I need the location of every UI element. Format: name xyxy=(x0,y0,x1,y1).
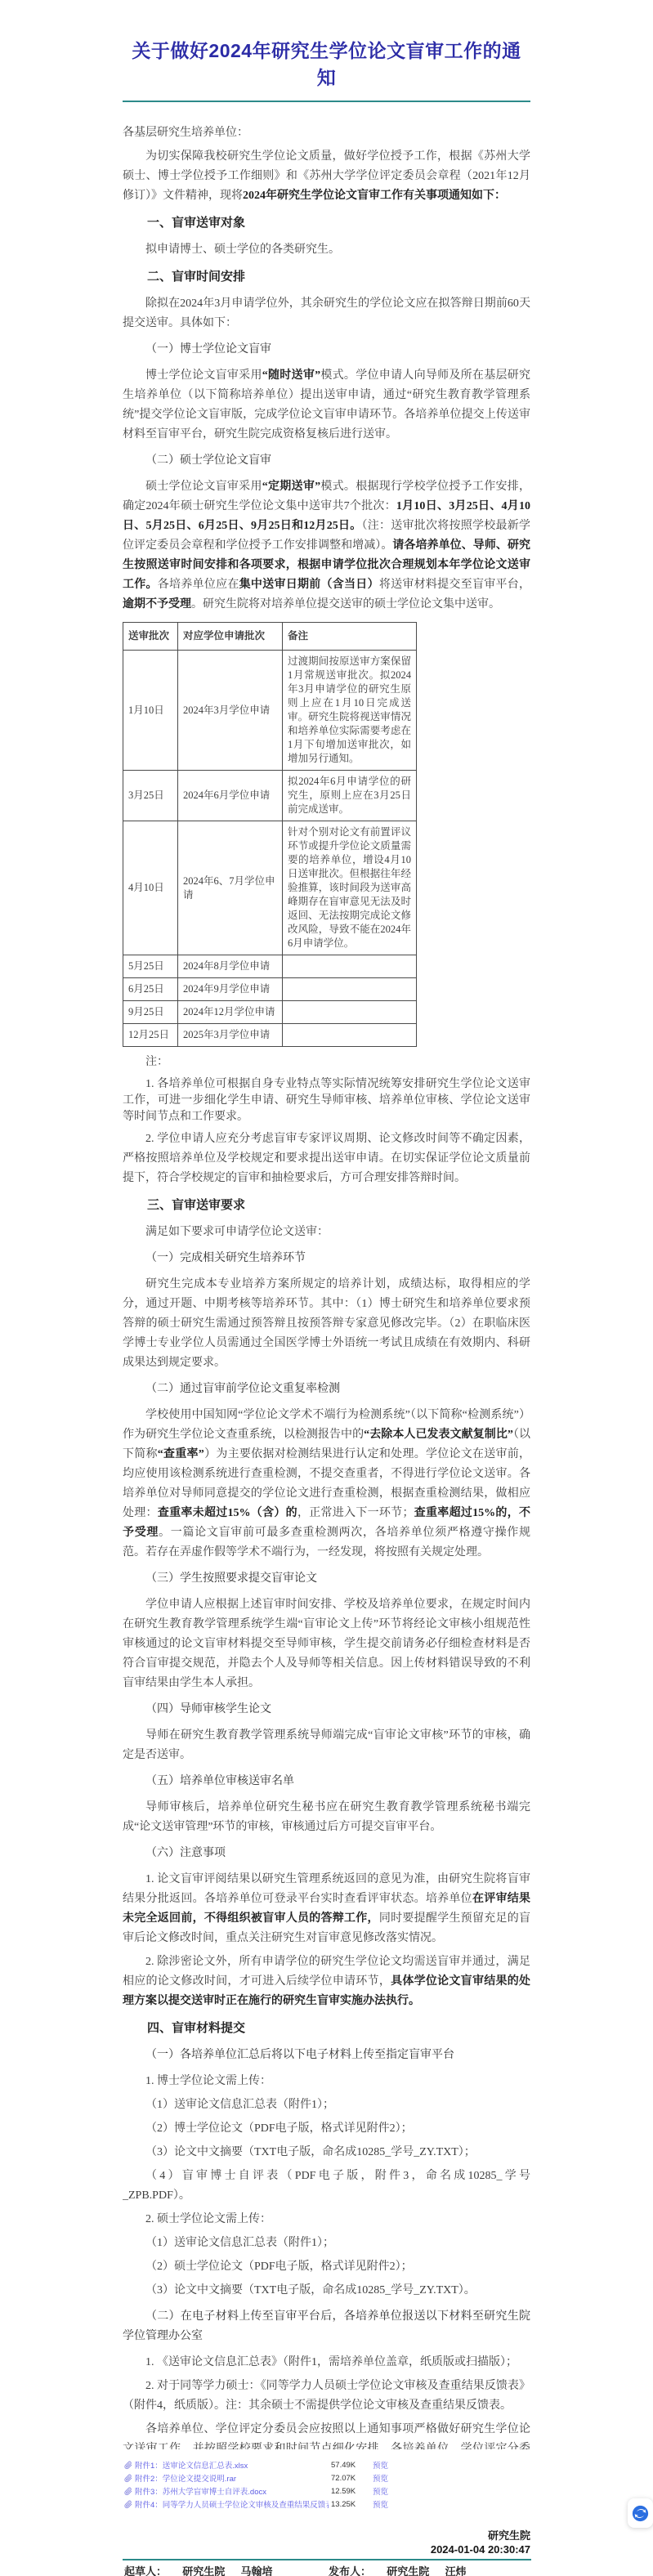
section-heading: 一、盲审送审对象 xyxy=(123,213,530,233)
publisher-name: 汪炜 xyxy=(445,2565,467,2576)
signoff: 研究生院 2024-01-04 20:30:47 xyxy=(431,2529,530,2556)
table-row: 12月25日2025年3月学位申请 xyxy=(123,1024,417,1047)
text-run: （三）学生按照要求提交盲审论文 xyxy=(145,1572,317,1585)
paragraph: 研究生完成本专业培养方案所规定的培养计划，成绩达标，取得相应的学分，通过开题、中… xyxy=(123,1275,530,1373)
page-title: 关于做好2024年研究生学位论文盲审工作的通知 xyxy=(123,0,530,90)
subsection-heading: （四）导师审核学生论文 xyxy=(123,1700,530,1720)
table-row: 4月10日2024年6、7月学位申请针对个别对论文有前置评议环节或提升学位论文质… xyxy=(123,821,417,955)
paragraph: 2. 除涉密论文外，所有申请学位的研究生学位论文均需送盲审并通过，满足相应的论文… xyxy=(123,1952,530,2011)
emphasized-text: “查重率” xyxy=(158,1448,204,1460)
footer-divider xyxy=(123,2559,531,2560)
drafter-label: 起草人： xyxy=(124,2565,167,2576)
emphasized-text: “随时送审” xyxy=(262,369,320,382)
paragraph: 学位申请人应根据上述盲审时间安排、学校及培养单位要求，在规定时间内在研究生教育教… xyxy=(123,1595,530,1693)
paragraph: 2. 学位申请人应充分考虑盲审专家评议周期、论文修改时间等不确定因素，严格按照培… xyxy=(123,1129,530,1188)
table-cell: 3月25日 xyxy=(123,771,178,821)
attachment-row: 附件2：学位论文提交说明.rar72.07K预览 xyxy=(124,2471,549,2484)
section-heading: 三、盲审送审要求 xyxy=(123,1196,530,1215)
subsection-heading: （一）完成相关研究生培养环节 xyxy=(123,1249,530,1268)
table-cell: 2024年6月学位申请 xyxy=(178,771,283,821)
paragraph: 拟申请博士、硕士学位的各类研究生。 xyxy=(123,240,530,260)
title-divider xyxy=(123,101,530,102)
text-run: 拟申请博士、硕士学位的各类研究生。 xyxy=(145,244,340,256)
subsection-heading: （一）博士学位论文盲审 xyxy=(123,340,530,360)
paragraph: （4）盲审博士自评表（PDF电子版，附件3，命名成10285_学号_ZPB.PD… xyxy=(123,2167,530,2206)
table-row: 6月25日2024年9月学位申请 xyxy=(123,978,417,1001)
text-run: （六）注意事项 xyxy=(145,1847,226,1859)
attachment-link[interactable]: 附件2：学位论文提交说明.rar xyxy=(124,2472,236,2484)
text-run: 学位申请人应根据上述盲审时间安排、学校及培养单位要求，在规定时间内在研究生教育教… xyxy=(123,1599,530,1689)
attachment-link[interactable]: 附件4：同等学力人员硕士学位论文审核及查重结果反馈表.docx xyxy=(124,2498,329,2510)
paperclip-icon xyxy=(124,2500,132,2509)
paragraph: 学校使用中国知网“学位论文学术不端行为检测系统”（以下简称“检测系统”）作为研究… xyxy=(123,1406,530,1563)
paragraph: 为切实保障我校研究生学位论文质量，做好学位授予工作，根据《苏州大学硕士、博士学位… xyxy=(123,147,530,206)
table-header-cell: 备注 xyxy=(283,623,417,651)
subsection-heading: （五）培养单位审核送审名单 xyxy=(123,1772,530,1791)
text-run: 一、盲审送审对象 xyxy=(147,216,245,230)
paperclip-icon xyxy=(124,2474,132,2483)
attachments-list: 附件1：送审论文信息汇总表.xlsx57.49K预览附件2：学位论文提交说明.r… xyxy=(124,2458,549,2511)
notice-page: { "page": { "title": "关于做好2024年研究生学位论文盲审… xyxy=(0,0,653,2576)
paragraph: （3）论文中文摘要（TXT电子版，命名成10285_学号_ZY.TXT）。 xyxy=(123,2281,530,2301)
text-run: 满足如下要求可申请学位论文送审： xyxy=(145,1226,329,1238)
paragraph: 2. 对于同等学力硕士：《同等学力人员硕士学位论文审核及查重结果反馈表》（附件4… xyxy=(123,2377,530,2416)
emphasized-text: 逾期不予受理 xyxy=(123,598,191,610)
paragraph: 1. 各培养单位可根据自身专业特点等实际情况统筹安排研究生学位论文送审工作，可进… xyxy=(123,1076,530,1125)
table-header-row: 送审批次对应学位申请批次备注 xyxy=(123,623,417,651)
text-run: 2. 对于同等学力硕士：《同等学力人员硕士学位论文审核及查重结果反馈表》（附件4… xyxy=(123,2380,530,2412)
paragraph: 1. 《送审论文信息汇总表》（附件1，需培养单位盖章，纸质版或扫描版）； xyxy=(123,2353,530,2373)
paragraph: 导师审核后，培养单位研究生秘书应在研究生教育教学管理系统秘书端完成“论文送审管理… xyxy=(123,1798,530,1837)
subsection-heading: （二）在电子材料上传至盲审平台后，各培养单位报送以下材料至研究生院学位管理办公室 xyxy=(123,2307,530,2346)
table-cell: 2024年9月学位申请 xyxy=(178,978,283,1001)
text-run: （一）各培养单位汇总后将以下电子材料上传至指定盲审平台 xyxy=(145,2049,454,2061)
drafter-info: 起草人： 研究生院 马翰培 xyxy=(124,2563,286,2576)
attachment-row: 附件1：送审论文信息汇总表.xlsx57.49K预览 xyxy=(124,2458,549,2471)
table-header-cell: 对应学位申请批次 xyxy=(178,623,283,651)
text-run: （1）送审论文信息汇总表（附件1）； xyxy=(145,2237,334,2249)
footer: 起草人： 研究生院 马翰培 发布人： 研究生院 汪炜 xyxy=(124,2563,533,2576)
attachment-label: 附件1：送审论文信息汇总表.xlsx xyxy=(135,2459,248,2471)
table-cell xyxy=(283,1024,417,1047)
attachment-size: 12.59K xyxy=(331,2487,356,2496)
attachment-preview-link[interactable]: 预览 xyxy=(373,2472,388,2484)
table-cell: 2024年12月学位申请 xyxy=(178,1001,283,1024)
text-run: 注： xyxy=(145,1056,168,1068)
text-run: （一）完成相关研究生培养环节 xyxy=(145,1252,306,1264)
section-heading: 二、盲审时间安排 xyxy=(123,267,530,287)
text-run: ，正常进入下一环节； xyxy=(297,1507,414,1519)
text-run: 博士学位论文盲审采用 xyxy=(145,369,262,382)
text-run: 。一篇论文盲审前可最多查重检测两次，各培养单位须严格遵守操作规范。若存在弄虚作假… xyxy=(123,1527,530,1559)
service-icon[interactable] xyxy=(632,2505,649,2522)
attachment-size: 72.07K xyxy=(331,2474,356,2483)
emphasized-text: 2024年研究生学位论文盲审工作有关事项通知如下： xyxy=(243,190,506,202)
text-run: 导师在研究生教育教学管理系统导师端完成“盲审论文审核”环节的审核，确定是否送审。 xyxy=(123,1729,530,1761)
paragraph: （1）送审论文信息汇总表（附件1）； xyxy=(123,2234,530,2253)
table-row: 5月25日2024年8月学位申请 xyxy=(123,955,417,978)
paragraph: 1. 论文盲审评阅结果以研究生管理系统返回的意见为准，由研究生院将盲审结果分批返… xyxy=(123,1870,530,1948)
drafter-name: 马翰培 xyxy=(241,2565,273,2576)
table-row: 9月25日2024年12月学位申请 xyxy=(123,1001,417,1024)
text-run: （二）通过盲审前学位论文重复率检测 xyxy=(145,1383,340,1395)
attachment-row: 附件3：苏州大学盲审博士自评表.docx12.59K预览 xyxy=(124,2484,549,2498)
subsection-heading: （二）通过盲审前学位论文重复率检测 xyxy=(123,1380,530,1399)
paragraph: 满足如下要求可申请学位论文送审： xyxy=(123,1223,530,1242)
text-run: （二）在电子材料上传至盲审平台后，各培养单位报送以下材料至研究生院学位管理办公室 xyxy=(123,2310,530,2342)
attachment-preview-link[interactable]: 预览 xyxy=(373,2459,388,2471)
text-run: 硕士学位论文盲审采用 xyxy=(145,481,262,493)
paperclip-icon xyxy=(124,2487,132,2496)
table-cell xyxy=(283,1001,417,1024)
text-run: （二）硕士学位论文盲审 xyxy=(145,454,271,467)
text-run: 2. 学位申请人应充分考虑盲审专家评议周期、论文修改时间等不确定因素，严格按照培… xyxy=(123,1133,530,1184)
emphasized-text: 查重率未超过15%（含）的 xyxy=(158,1507,297,1519)
text-run: （一）博士学位论文盲审 xyxy=(145,343,271,356)
paragraph: （2）硕士学位论文（PDF电子版，格式详见附件2）； xyxy=(123,2257,530,2277)
notice-header: 关于做好2024年研究生学位论文盲审工作的通知 xyxy=(0,0,653,102)
text-run: 各培养单位、学位评定分委员会应按照以上通知事项严格做好研究生学位论文送审工作，并… xyxy=(123,2423,530,2449)
subsection-heading: （一）各培养单位汇总后将以下电子材料上传至指定盲审平台 xyxy=(123,2046,530,2065)
text-run: （2）博士学位论文（PDF电子版，格式详见附件2）； xyxy=(145,2122,413,2135)
publisher-info: 发布人： 研究生院 汪炜 xyxy=(329,2563,480,2576)
table-cell: 拟2024年6月申请学位的研究生，原则上应在3月25日前完成送审。 xyxy=(283,771,417,821)
table-cell: 4月10日 xyxy=(123,821,178,955)
attachment-preview-link[interactable]: 预览 xyxy=(373,2485,388,2497)
subsection-heading: （二）硕士学位论文盲审 xyxy=(123,451,530,471)
table-cell: 2024年6、7月学位申请 xyxy=(178,821,283,955)
document-body: 为切实保障我校研究生学位论文质量，做好学位授予工作，根据《苏州大学硕士、博士学位… xyxy=(123,147,530,2449)
attachment-preview-link[interactable]: 预览 xyxy=(373,2498,388,2510)
text-run: 二、盲审时间安排 xyxy=(147,270,245,284)
attachment-label: 附件2：学位论文提交说明.rar xyxy=(135,2472,236,2484)
signoff-department: 研究生院 xyxy=(431,2529,530,2542)
text-run: 。研究生院将对培养单位提交送审的硕士学位论文集中送审。 xyxy=(191,598,500,610)
text-run: 三、盲审送审要求 xyxy=(147,1198,245,1212)
paragraph: 硕士学位论文盲审采用“定期送审”模式。根据现行学校学位授予工作安排，确定2024… xyxy=(123,477,530,615)
paragraph: 博士学位论文盲审采用“随时送审”模式。学位申请人向导师及所在基层研究生培养单位（… xyxy=(123,366,530,445)
attachment-size: 57.49K xyxy=(331,2461,356,2470)
drafter-org: 研究生院 xyxy=(182,2565,225,2576)
attachment-label: 附件3：苏州大学盲审博士自评表.docx xyxy=(135,2485,266,2497)
text-run: 1. 博士学位论文需上传： xyxy=(145,2075,271,2087)
subsection-heading: （三）学生按照要求提交盲审论文 xyxy=(123,1569,530,1589)
table-cell: 5月25日 xyxy=(123,955,178,978)
publisher-org: 研究生院 xyxy=(387,2565,429,2576)
text-run: 1. 论文盲审评阅结果以研究生管理系统返回的意见为准，由研究生院将盲审结果分批返… xyxy=(123,1873,530,1905)
attachment-label: 附件4：同等学力人员硕士学位论文审核及查重结果反馈表.docx xyxy=(135,2498,329,2510)
paragraph: （2）博士学位论文（PDF电子版，格式详见附件2）； xyxy=(123,2119,530,2139)
salutation: 各基层研究生培养单位： xyxy=(123,123,530,143)
table-cell xyxy=(283,955,417,978)
emphasized-text: “定期送审” xyxy=(262,481,320,493)
text-run: （四）导师审核学生论文 xyxy=(145,1703,271,1715)
notice-article: 各基层研究生培养单位： 为切实保障我校研究生学位论文质量，做好学位授予工作，根据… xyxy=(123,115,530,2449)
table-cell: 2024年3月学位申请 xyxy=(178,651,283,771)
review-schedule-table: 送审批次对应学位申请批次备注1月10日2024年3月学位申请过渡期间按原送审方案… xyxy=(123,622,417,1047)
paperclip-icon xyxy=(124,2461,132,2470)
emphasized-text: 集中送审日期前（含当日） xyxy=(239,579,379,591)
paragraph: 除拟在2024年3月申请学位外，其余研究生的学位论文应在拟答辩日期前60天提交送… xyxy=(123,294,530,333)
paragraph: 1. 博士学位论文需上传： xyxy=(123,2072,530,2091)
text-run: （五）培养单位审核送审名单 xyxy=(145,1775,294,1787)
floating-widget[interactable] xyxy=(628,2498,653,2528)
emphasized-text: “去除本人已发表文献复制比” xyxy=(364,1429,513,1441)
table-cell: 2024年8月学位申请 xyxy=(178,955,283,978)
text-run: （3）论文中文摘要（TXT电子版，命名成10285_学号_ZY.TXT）； xyxy=(145,2146,476,2158)
paragraph: 各培养单位、学位评定分委员会应按照以上通知事项严格做好研究生学位论文送审工作，并… xyxy=(123,2420,530,2449)
text-run: （3）论文中文摘要（TXT电子版，命名成10285_学号_ZY.TXT）。 xyxy=(145,2284,476,2296)
text-run: （1）送审论文信息汇总表（附件1）； xyxy=(145,2099,334,2111)
table-row: 1月10日2024年3月学位申请过渡期间按原送审方案保留1月常规送审批次。拟20… xyxy=(123,651,417,771)
paragraph: （1）送审论文信息汇总表（附件1）； xyxy=(123,2095,530,2115)
paragraph: 导师在研究生教育教学管理系统导师端完成“盲审论文审核”环节的审核，确定是否送审。 xyxy=(123,1726,530,1765)
table-cell: 12月25日 xyxy=(123,1024,178,1047)
signoff-datetime: 2024-01-04 20:30:47 xyxy=(431,2542,530,2556)
table-cell: 针对个别对论文有前置评议环节或提升学位论文质量需要的培养单位，增设4月10日送审… xyxy=(283,821,417,955)
text-run: 除拟在2024年3月申请学位外，其余研究生的学位论文应在拟答辩日期前60天提交送… xyxy=(123,297,530,329)
text-run: 四、盲审材料提交 xyxy=(147,2021,245,2035)
table-header-cell: 送审批次 xyxy=(123,623,178,651)
table-cell: 1月10日 xyxy=(123,651,178,771)
text-run: 1. 各培养单位可根据自身专业特点等实际情况统筹安排研究生学位论文送审工作，可进… xyxy=(123,1078,530,1123)
text-run: 各培养单位应在 xyxy=(158,579,239,591)
paragraph: 2. 硕士学位论文需上传： xyxy=(123,2210,530,2229)
table-cell: 6月25日 xyxy=(123,978,178,1001)
text-run: （2）硕士学位论文（PDF电子版，格式详见附件2）； xyxy=(145,2261,413,2273)
subsection-heading: （六）注意事项 xyxy=(123,1844,530,1863)
paragraph: （3）论文中文摘要（TXT电子版，命名成10285_学号_ZY.TXT）； xyxy=(123,2143,530,2162)
table-cell: 9月25日 xyxy=(123,1001,178,1024)
section-heading: 四、盲审材料提交 xyxy=(123,2019,530,2038)
text-run: 2. 硕士学位论文需上传： xyxy=(145,2213,271,2225)
text-run: 将送审材料提交至盲审平台， xyxy=(379,579,530,591)
attachment-link[interactable]: 附件1：送审论文信息汇总表.xlsx xyxy=(124,2459,248,2471)
attachment-size: 13.25K xyxy=(331,2500,356,2509)
text-run: 1. 《送审论文信息汇总表》（附件1，需培养单位盖章，纸质版或扫描版）； xyxy=(145,2356,517,2368)
text-run: （4）盲审博士自评表（PDF电子版，附件3，命名成10285_学号_ZPB.PD… xyxy=(123,2170,530,2202)
publisher-label: 发布人： xyxy=(329,2565,371,2576)
table-row: 3月25日2024年6月学位申请拟2024年6月申请学位的研究生，原则上应在3月… xyxy=(123,771,417,821)
attachment-link[interactable]: 附件3：苏州大学盲审博士自评表.docx xyxy=(124,2485,266,2497)
attachment-row: 附件4：同等学力人员硕士学位论文审核及查重结果反馈表.docx13.25K预览 xyxy=(124,2498,549,2511)
text-run: 导师审核后，培养单位研究生秘书应在研究生教育教学管理系统秘书端完成“论文送审管理… xyxy=(123,1801,530,1833)
text-run: 研究生完成本专业培养方案所规定的培养计划，成绩达标，取得相应的学分，通过开题、中… xyxy=(123,1278,530,1369)
table-cell xyxy=(283,978,417,1001)
table-cell: 2025年3月学位申请 xyxy=(178,1024,283,1047)
paragraph: 注： xyxy=(123,1053,530,1072)
table-cell: 过渡期间按原送审方案保留1月常规送审批次。拟2024年3月申请学位的研究生原则上… xyxy=(283,651,417,771)
